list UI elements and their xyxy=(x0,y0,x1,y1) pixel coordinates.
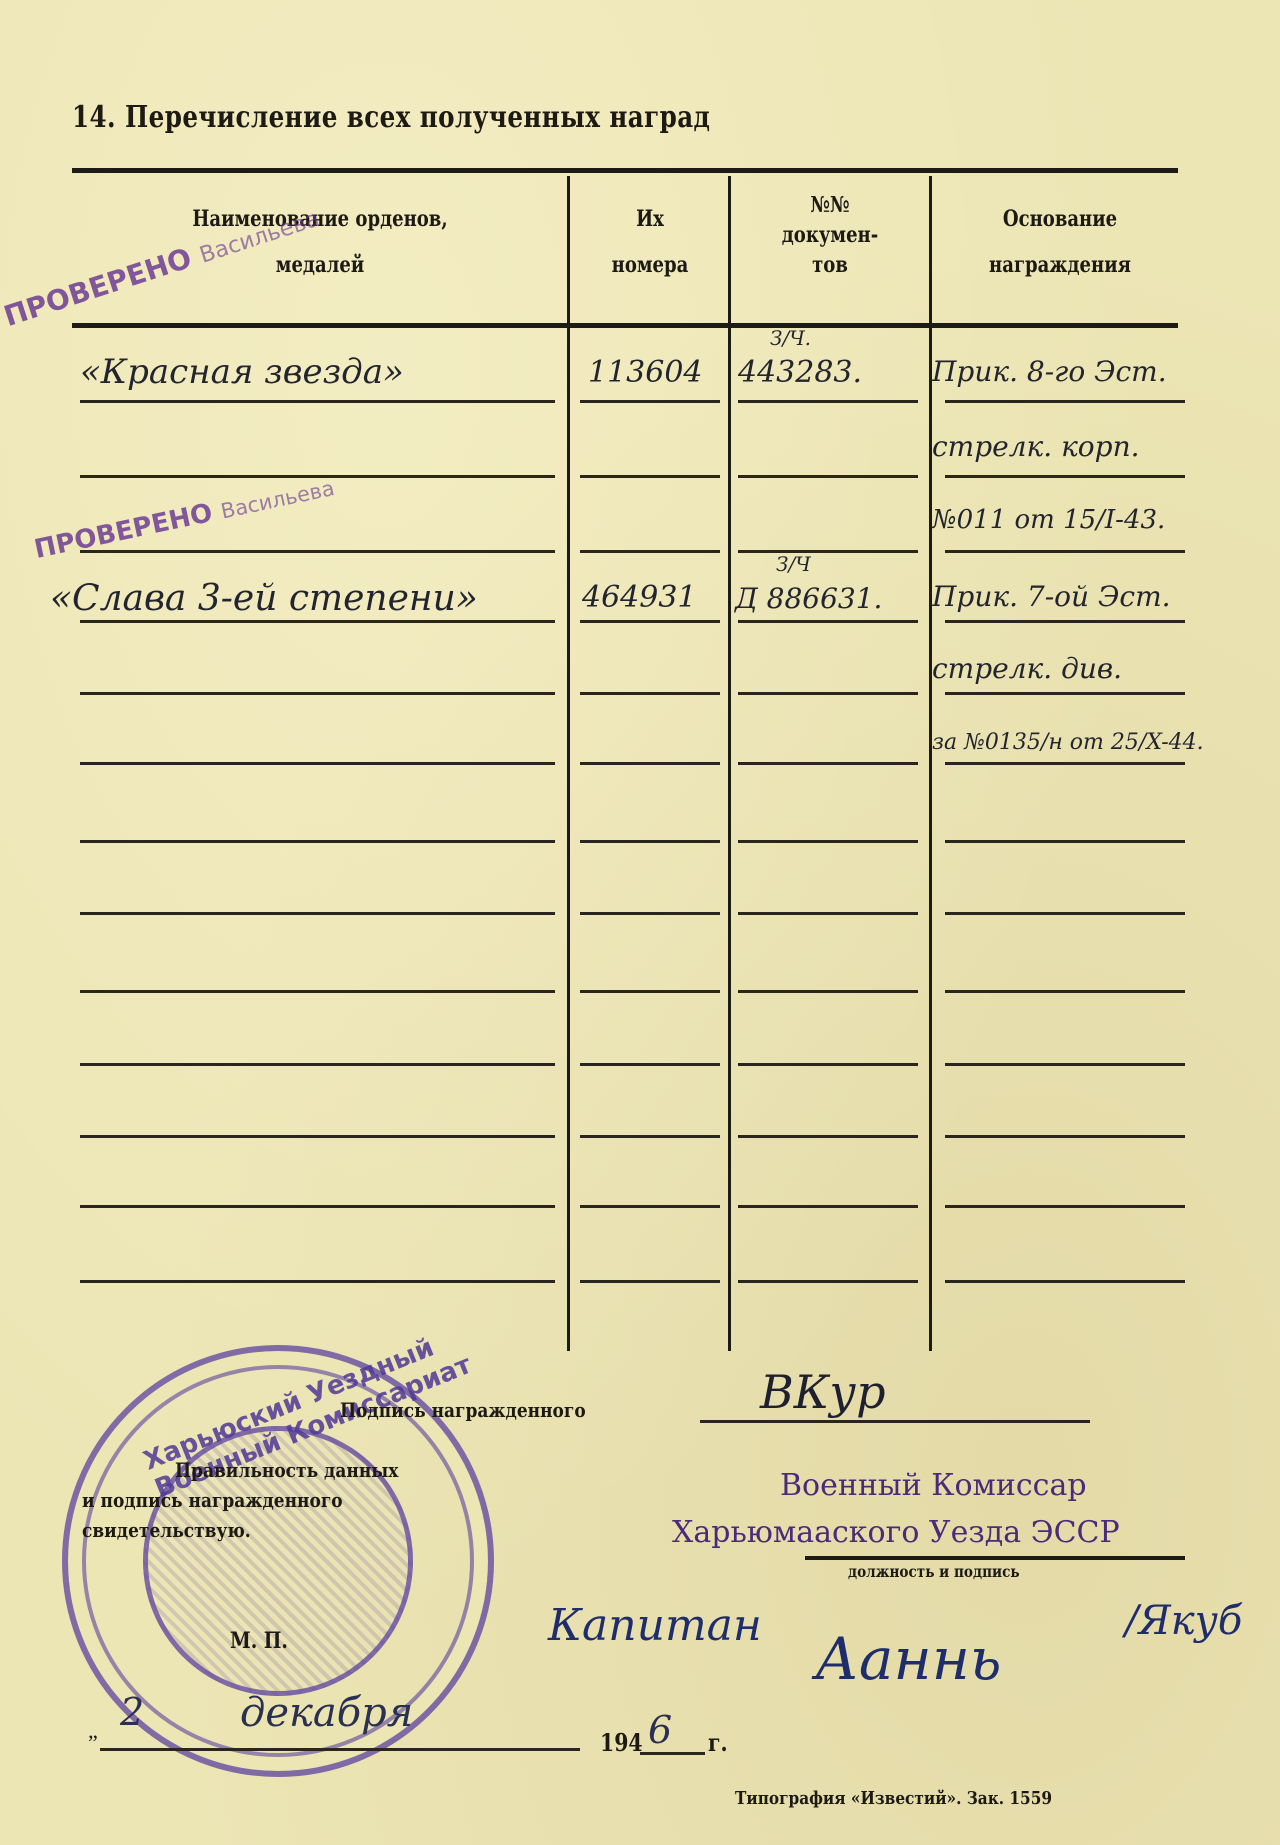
row-rule xyxy=(945,475,1185,478)
row-rule xyxy=(80,400,555,403)
row-rule xyxy=(80,1205,555,1208)
row-rule xyxy=(580,1063,720,1066)
row-rule xyxy=(738,912,918,915)
row-rule xyxy=(738,1280,918,1283)
certification-line: Правильность данных xyxy=(175,1458,398,1482)
date-year-suffix: 6 xyxy=(648,1708,672,1752)
row-rule xyxy=(738,550,918,553)
header-line: Их xyxy=(589,196,712,242)
row-rule xyxy=(945,692,1185,695)
award-basis-line: стрелк. корп. xyxy=(932,430,1140,463)
column-header-basis: Основание награждения xyxy=(958,196,1163,288)
row-rule xyxy=(738,1205,918,1208)
date-month: декабря xyxy=(240,1690,413,1736)
column-divider xyxy=(567,176,570,1351)
row-rule xyxy=(738,990,918,993)
award-basis-line: №011 от 15/I-43. xyxy=(932,505,1165,535)
document-prefix: З/Ч xyxy=(776,552,811,576)
official-title-line: Военный Комиссар xyxy=(780,1468,1087,1503)
row-rule xyxy=(738,620,918,623)
section-title: 14. Перечисление всех полученных наград xyxy=(72,100,710,135)
row-rule xyxy=(945,1063,1185,1066)
row-rule xyxy=(945,1135,1185,1138)
row-rule xyxy=(80,762,555,765)
row-rule xyxy=(580,1205,720,1208)
official-title-line: Харьюмааского Уезда ЭССР xyxy=(672,1515,1120,1550)
row-rule xyxy=(945,550,1185,553)
row-rule xyxy=(80,990,555,993)
document-number: 443283. xyxy=(738,355,862,390)
row-rule xyxy=(580,990,720,993)
row-rule xyxy=(945,1280,1185,1283)
official-signature: Ааннь xyxy=(815,1625,1002,1693)
row-rule xyxy=(945,400,1185,403)
table-header-rule xyxy=(72,323,1178,328)
date-open-quote: „ xyxy=(88,1718,98,1744)
row-rule xyxy=(580,692,720,695)
row-rule xyxy=(738,692,918,695)
award-name: «Слава 3-ей степени» xyxy=(50,578,478,619)
document-number: Д 886631. xyxy=(735,582,882,615)
row-rule xyxy=(580,912,720,915)
row-rule xyxy=(738,475,918,478)
row-rule xyxy=(738,400,918,403)
column-header-documents: №№ докумен- тов xyxy=(752,190,908,280)
row-rule xyxy=(580,762,720,765)
column-header-numbers: Их номера xyxy=(589,196,712,288)
date-year-end: г. xyxy=(708,1728,728,1757)
row-rule xyxy=(945,762,1185,765)
header-line: Наименование орденов, xyxy=(123,196,517,242)
verified-stamp-label: ПРОВЕРЕНО xyxy=(32,498,215,565)
row-rule xyxy=(945,620,1185,623)
date-line xyxy=(100,1748,580,1751)
row-rule xyxy=(580,550,720,553)
table-top-rule xyxy=(72,168,1178,173)
header-line: докумен- xyxy=(752,220,908,250)
certification-line: и подпись награжденного xyxy=(82,1488,343,1512)
recipient-signature-label: Подпись награжденного xyxy=(340,1398,586,1422)
row-rule xyxy=(580,620,720,623)
row-rule xyxy=(80,912,555,915)
header-line: №№ xyxy=(752,190,908,220)
row-rule xyxy=(945,1205,1185,1208)
seal-label: М. П. xyxy=(230,1628,288,1654)
row-rule xyxy=(738,1135,918,1138)
row-rule xyxy=(580,1280,720,1283)
row-rule xyxy=(80,1063,555,1066)
row-rule xyxy=(945,912,1185,915)
date-day: 2 xyxy=(120,1690,144,1734)
row-rule xyxy=(80,840,555,843)
document-prefix: З/Ч. xyxy=(770,326,811,350)
award-basis-line: Прик. 8-го Эст. xyxy=(932,355,1167,388)
award-number: 113604 xyxy=(588,355,703,390)
row-rule xyxy=(80,1280,555,1283)
row-rule xyxy=(80,692,555,695)
award-basis-line: за №0135/н от 25/X-44. xyxy=(932,730,1204,755)
row-rule xyxy=(738,1063,918,1066)
row-rule xyxy=(738,762,918,765)
row-rule xyxy=(580,840,720,843)
recipient-signature: ВКур xyxy=(760,1365,886,1419)
certification-line: свидетельствую. xyxy=(82,1518,251,1542)
row-rule xyxy=(945,840,1185,843)
row-rule xyxy=(580,475,720,478)
row-rule xyxy=(945,990,1185,993)
official-rank: Капитан xyxy=(548,1600,762,1651)
row-rule xyxy=(738,840,918,843)
official-signature-right: /Якуб xyxy=(1125,1598,1242,1644)
date-year-prefix: 194 xyxy=(600,1728,643,1757)
award-number: 464931 xyxy=(582,580,697,615)
header-line: номера xyxy=(589,242,712,288)
row-rule xyxy=(580,400,720,403)
header-line: награждения xyxy=(958,242,1163,288)
award-basis-line: стрелк. див. xyxy=(932,652,1122,685)
date-year-line xyxy=(640,1752,705,1755)
header-line: Основание xyxy=(958,196,1163,242)
printer-imprint: Типография «Известий». Зак. 1559 xyxy=(735,1788,1052,1809)
column-divider xyxy=(728,176,731,1351)
row-rule xyxy=(80,620,555,623)
row-rule xyxy=(580,1135,720,1138)
row-rule xyxy=(80,550,555,553)
row-rule xyxy=(80,1135,555,1138)
award-name: «Красная звезда» xyxy=(80,352,404,392)
official-signature-line xyxy=(805,1556,1185,1560)
award-basis-line: Прик. 7-ой Эст. xyxy=(932,580,1171,613)
column-divider xyxy=(929,176,932,1351)
official-caption: должность и подпись xyxy=(848,1562,1020,1581)
header-line: тов xyxy=(752,250,908,280)
verified-stamp-name: Васильева xyxy=(219,476,337,523)
recipient-signature-line xyxy=(700,1420,1090,1423)
